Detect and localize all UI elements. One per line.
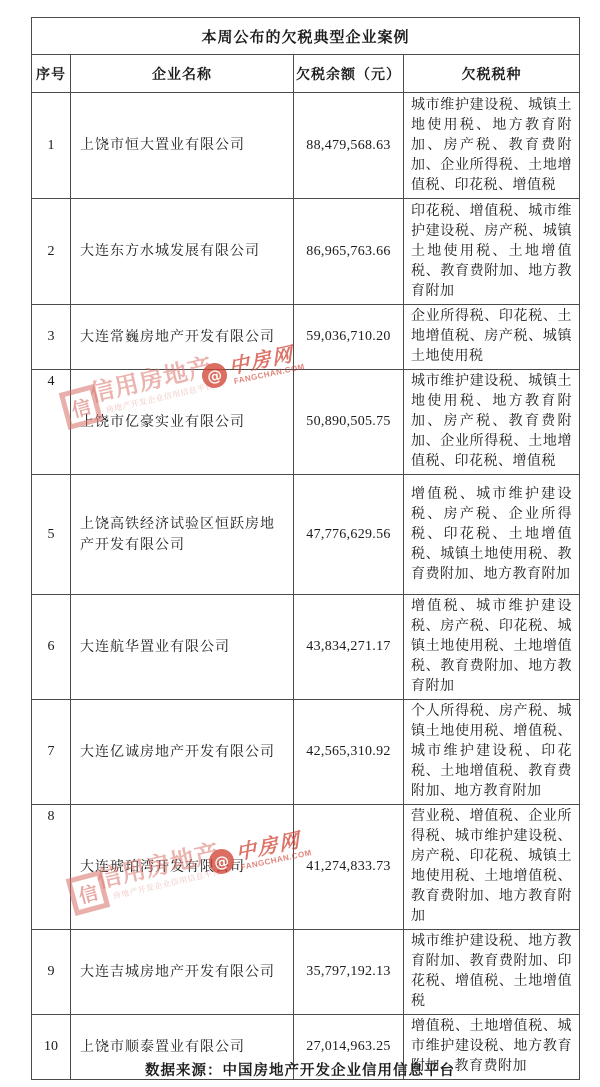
amount-cell: 41,274,833.73 bbox=[294, 805, 404, 930]
table-row: 6大连航华置业有限公司43,834,271.17增值税、城市维护建设税、房产税、… bbox=[32, 595, 580, 700]
amount-cell: 42,565,310.92 bbox=[294, 700, 404, 805]
row-index-cell: 9 bbox=[32, 930, 71, 1015]
header-tax-types: 欠税税种 bbox=[404, 55, 580, 93]
amount-cell: 50,890,505.75 bbox=[294, 370, 404, 475]
tax-types-cell: 城市维护建设税、城镇土地使用税、地方教育附加、房产税、教育费附加、企业所得税、土… bbox=[404, 93, 580, 199]
table-header-row: 序号 企业名称 欠税余额（元） 欠税税种 bbox=[32, 55, 580, 93]
company-name-cell: 大连吉城房地产开发有限公司 bbox=[71, 930, 294, 1015]
table-row: 2大连东方水城发展有限公司86,965,763.66印花税、增值税、城市维护建设… bbox=[32, 199, 580, 305]
table-row: 4上饶市亿豪实业有限公司50,890,505.75城市维护建设税、城镇土地使用税… bbox=[32, 370, 580, 475]
table-row: 3大连常巍房地产开发有限公司59,036,710.20企业所得税、印花税、土地增… bbox=[32, 305, 580, 370]
amount-cell: 35,797,192.13 bbox=[294, 930, 404, 1015]
amount-cell: 43,834,271.17 bbox=[294, 595, 404, 700]
table-title: 本周公布的欠税典型企业案例 bbox=[32, 18, 580, 55]
company-name-cell: 上饶市亿豪实业有限公司 bbox=[71, 370, 294, 475]
company-name-cell: 大连东方水城发展有限公司 bbox=[71, 199, 294, 305]
row-index-cell: 8 bbox=[32, 805, 71, 930]
amount-cell: 47,776,629.56 bbox=[294, 475, 404, 595]
table-row: 7大连亿诚房地产开发有限公司42,565,310.92个人所得税、房产税、城镇土… bbox=[32, 700, 580, 805]
table-row: 5上饶高铁经济试验区恒跃房地产开发有限公司47,776,629.56增值税、城市… bbox=[32, 475, 580, 595]
row-index-cell: 7 bbox=[32, 700, 71, 805]
company-name-cell: 上饶高铁经济试验区恒跃房地产开发有限公司 bbox=[71, 475, 294, 595]
row-index-cell: 1 bbox=[32, 93, 71, 199]
table-title-row: 本周公布的欠税典型企业案例 bbox=[32, 18, 580, 55]
row-index-cell: 2 bbox=[32, 199, 71, 305]
table-row: 1上饶市恒大置业有限公司88,479,568.63城市维护建设税、城镇土地使用税… bbox=[32, 93, 580, 199]
company-name-cell: 大连亿诚房地产开发有限公司 bbox=[71, 700, 294, 805]
tax-types-cell: 印花税、增值税、城市维护建设税、房产税、城镇土地使用税、土地增值税、教育费附加、… bbox=[404, 199, 580, 305]
row-index-cell: 4 bbox=[32, 370, 71, 475]
header-index: 序号 bbox=[32, 55, 71, 93]
company-name-cell: 上饶市恒大置业有限公司 bbox=[71, 93, 294, 199]
row-index-cell: 3 bbox=[32, 305, 71, 370]
company-name-cell: 大连航华置业有限公司 bbox=[71, 595, 294, 700]
row-index-cell: 5 bbox=[32, 475, 71, 595]
company-name-cell: 大连常巍房地产开发有限公司 bbox=[71, 305, 294, 370]
data-source-note: 数据来源：中国房地产开发企业信用信息平台 bbox=[0, 1059, 600, 1080]
tax-types-cell: 城市维护建设税、地方教育附加、教育费附加、印花税、增值税、土地增值税 bbox=[404, 930, 580, 1015]
tax-types-cell: 个人所得税、房产税、城镇土地使用税、增值税、城市维护建设税、印花税、土地增值税、… bbox=[404, 700, 580, 805]
table-row: 9大连吉城房地产开发有限公司35,797,192.13城市维护建设税、地方教育附… bbox=[32, 930, 580, 1015]
header-company-name: 企业名称 bbox=[71, 55, 294, 93]
tax-types-cell: 城市维护建设税、城镇土地使用税、地方教育附加、房产税、教育费附加、企业所得税、土… bbox=[404, 370, 580, 475]
row-index-cell: 6 bbox=[32, 595, 71, 700]
tax-types-cell: 增值税、城市维护建设税、房产税、印花税、城镇土地使用税、土地增值税、教育费附加、… bbox=[404, 595, 580, 700]
tax-types-cell: 企业所得税、印花税、土地增值税、房产税、城镇土地使用税 bbox=[404, 305, 580, 370]
document-page: 本周公布的欠税典型企业案例 序号 企业名称 欠税余额（元） 欠税税种 1上饶市恒… bbox=[0, 0, 600, 1087]
tax-arrears-table: 本周公布的欠税典型企业案例 序号 企业名称 欠税余额（元） 欠税税种 1上饶市恒… bbox=[31, 17, 580, 1080]
header-arrears-amount: 欠税余额（元） bbox=[294, 55, 404, 93]
amount-cell: 88,479,568.63 bbox=[294, 93, 404, 199]
tax-types-cell: 营业税、增值税、企业所得税、城市维护建设税、房产税、印花税、城镇土地使用税、土地… bbox=[404, 805, 580, 930]
amount-cell: 59,036,710.20 bbox=[294, 305, 404, 370]
table-row: 8大连琥珀湾开发有限公司41,274,833.73营业税、增值税、企业所得税、城… bbox=[32, 805, 580, 930]
tax-types-cell: 增值税、城市维护建设税、房产税、企业所得税、印花税、土地增值税、城镇土地使用税、… bbox=[404, 475, 580, 595]
company-name-cell: 大连琥珀湾开发有限公司 bbox=[71, 805, 294, 930]
amount-cell: 86,965,763.66 bbox=[294, 199, 404, 305]
